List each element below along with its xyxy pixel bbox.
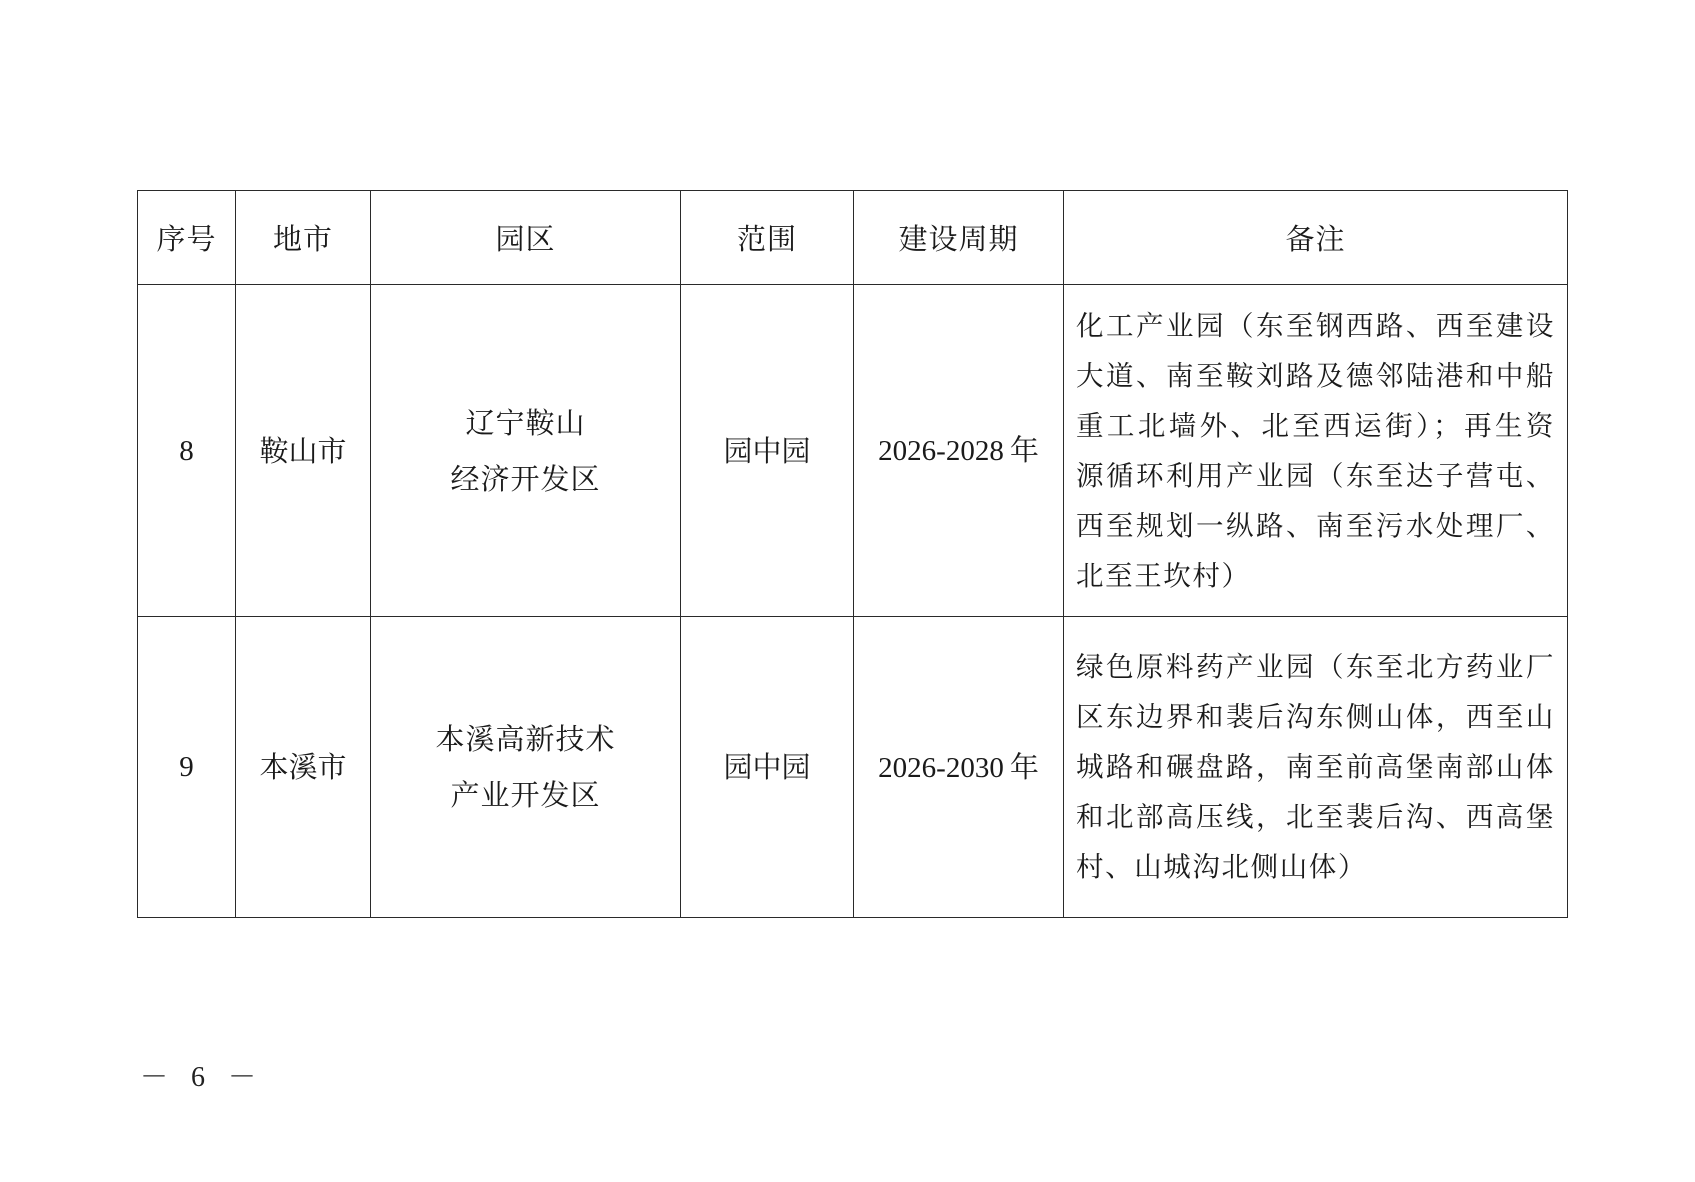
row-index: 9 xyxy=(138,617,236,918)
park-name-line: 产业开发区 xyxy=(371,767,680,823)
row-index: 8 xyxy=(138,285,236,617)
header-park: 园区 xyxy=(371,191,681,285)
row-remarks: 绿色原料药产业园（东至北方药业厂区东边界和裴后沟东侧山体，西至山城路和碾盘路，南… xyxy=(1064,617,1568,918)
header-index: 序号 xyxy=(138,191,236,285)
document-page: 序号 地市 园区 范围 建设周期 备注 8 鞍山市 辽宁鞍山 经济开发区 园中园… xyxy=(0,0,1695,1182)
row-city: 鞍山市 xyxy=(236,285,371,617)
row-remarks: 化工产业园（东至钢西路、西至建设大道、南至鞍刘路及德邻陆港和中船重工北墙外、北至… xyxy=(1064,285,1568,617)
row-period: 2026-2030年 xyxy=(854,617,1064,918)
row-period: 2026-2028年 xyxy=(854,285,1064,617)
header-city: 地市 xyxy=(236,191,371,285)
parks-table: 序号 地市 园区 范围 建设周期 备注 8 鞍山市 辽宁鞍山 经济开发区 园中园… xyxy=(137,190,1568,918)
row-scope: 园中园 xyxy=(681,285,854,617)
page-number: － 6 － xyxy=(140,1055,264,1095)
period-unit: 年 xyxy=(1010,433,1039,467)
period-years: 2026-2030 xyxy=(878,752,1004,784)
table-row: 9 本溪市 本溪高新技术 产业开发区 园中园 2026-2030年 绿色原料药产… xyxy=(138,617,1568,918)
period-unit: 年 xyxy=(1010,750,1039,784)
row-park: 本溪高新技术 产业开发区 xyxy=(371,617,681,918)
park-name-line: 辽宁鞍山 xyxy=(371,395,680,451)
table-row: 8 鞍山市 辽宁鞍山 经济开发区 园中园 2026-2028年 化工产业园（东至… xyxy=(138,285,1568,617)
table-header-row: 序号 地市 园区 范围 建设周期 备注 xyxy=(138,191,1568,285)
header-remarks: 备注 xyxy=(1064,191,1568,285)
header-scope: 范围 xyxy=(681,191,854,285)
row-park: 辽宁鞍山 经济开发区 xyxy=(371,285,681,617)
period-years: 2026-2028 xyxy=(878,435,1004,467)
row-scope: 园中园 xyxy=(681,617,854,918)
park-name-line: 本溪高新技术 xyxy=(371,711,680,767)
row-city: 本溪市 xyxy=(236,617,371,918)
park-name-line: 经济开发区 xyxy=(371,451,680,507)
header-period: 建设周期 xyxy=(854,191,1064,285)
